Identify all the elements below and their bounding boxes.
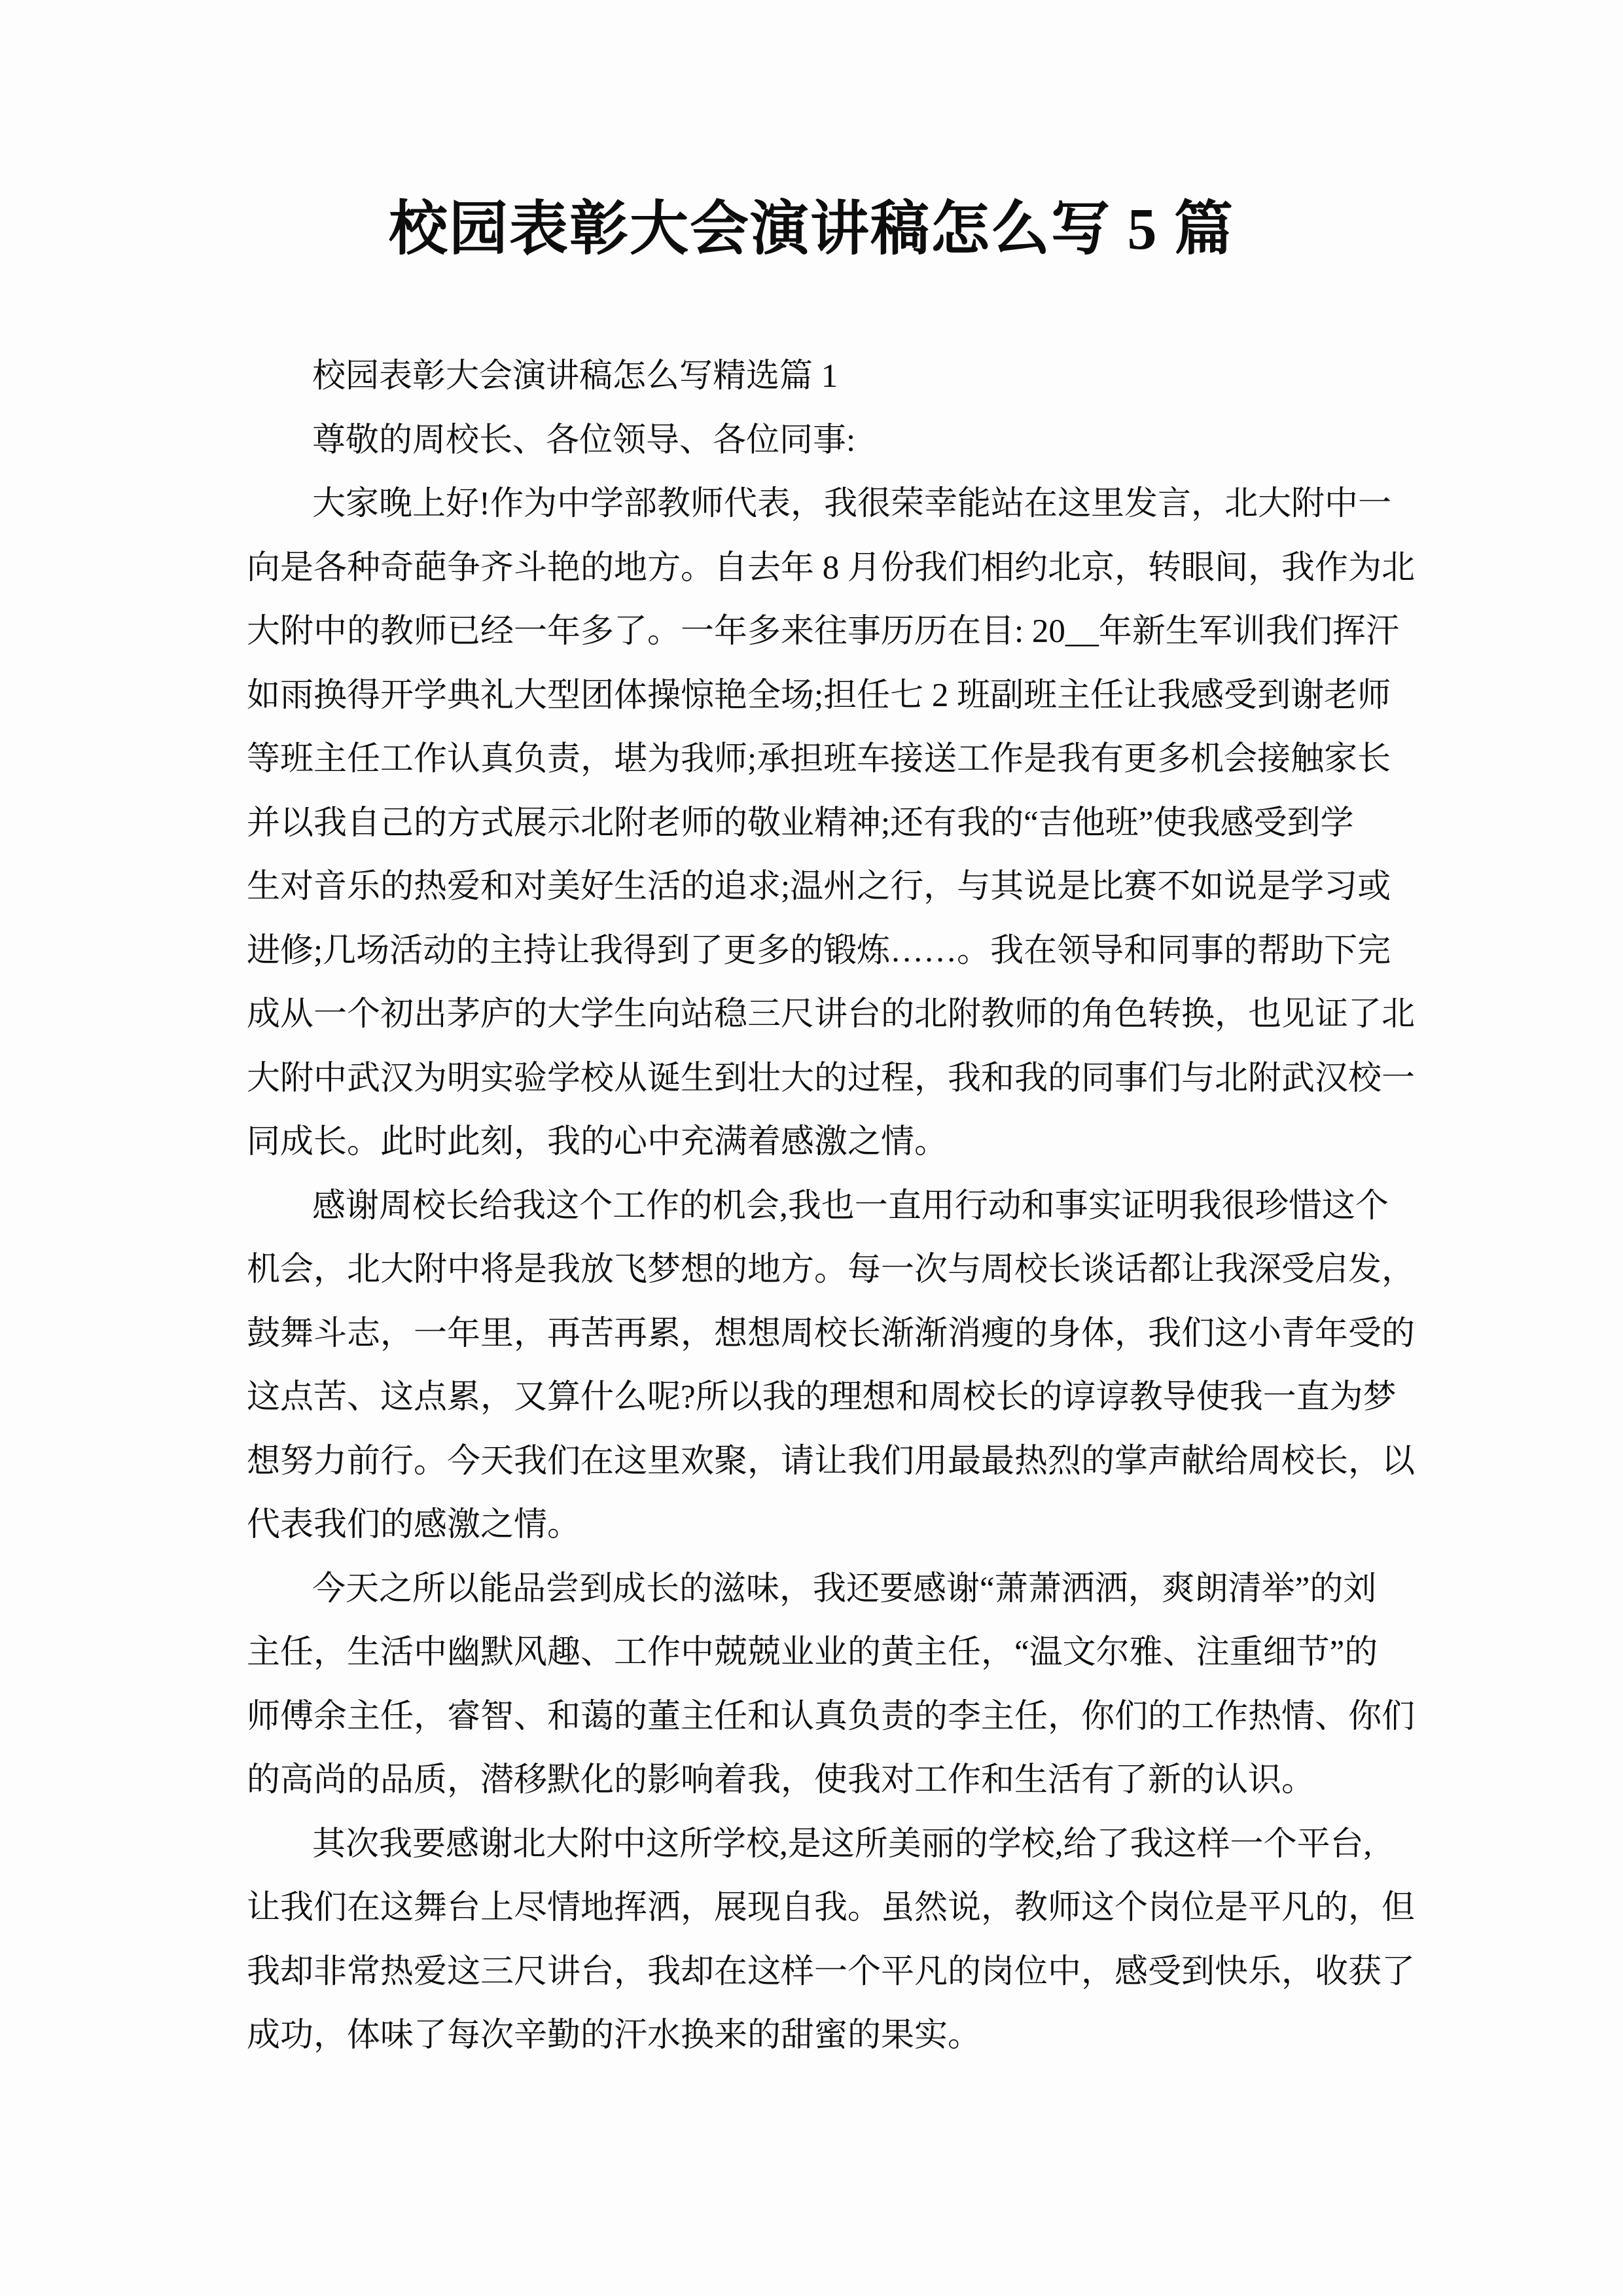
text-line: 校园表彰大会演讲稿怎么写精选篇 1	[247, 345, 1402, 409]
text-line: 代表我们的感激之情。	[247, 1494, 1402, 1558]
text-line: 这点苦、这点累，又算什么呢?所以我的理想和周校长的谆谆教导使我一直为梦	[247, 1366, 1402, 1430]
text-line: 同成长。此时此刻，我的心中充满着感激之情。	[247, 1111, 1402, 1175]
text-line: 师傅余主任，睿智、和蔼的董主任和认真负责的李主任，你们的工作热情、你们	[247, 1685, 1402, 1749]
text-line: 今天之所以能品尝到成长的滋味，我还要感谢“萧萧洒洒，爽朗清举”的刘	[247, 1558, 1402, 1622]
text-line: 大附中的教师已经一年多了。一年多来往事历历在目: 20__年新生军训我们挥汗	[247, 600, 1402, 664]
document-page: 校园表彰大会演讲稿怎么写 5 篇 校园表彰大会演讲稿怎么写精选篇 1尊敬的周校长…	[0, 0, 1623, 2296]
text-line: 机会，北大附中将是我放飞梦想的地方。每一次与周校长谈话都让我深受启发，	[247, 1238, 1402, 1302]
text-line: 如雨换得开学典礼大型团体操惊艳全场;担任七 2 班副班主任让我感受到谢老师	[247, 664, 1402, 728]
text-line: 进修;几场活动的主持让我得到了更多的锻炼……。我在领导和同事的帮助下完	[247, 920, 1402, 984]
text-line: 感谢周校长给我这个工作的机会,我也一直用行动和事实证明我很珍惜这个	[247, 1175, 1402, 1239]
text-line: 大附中武汉为明实验学校从诞生到壮大的过程，我和我的同事们与北附武汉校一	[247, 1047, 1402, 1111]
text-line: 成从一个初出茅庐的大学生向站稳三尺讲台的北附教师的角色转换，也见证了北	[247, 983, 1402, 1047]
document-body: 校园表彰大会演讲稿怎么写精选篇 1尊敬的周校长、各位领导、各位同事:大家晚上好!…	[247, 345, 1402, 2068]
text-line: 等班主任工作认真负责，堪为我师;承担班车接送工作是我有更多机会接触家长	[247, 728, 1402, 792]
document-title: 校园表彰大会演讲稿怎么写 5 篇	[0, 194, 1623, 266]
text-line: 让我们在这舞台上尽情地挥洒，展现自我。虽然说，教师这个岗位是平凡的，但	[247, 1876, 1402, 1941]
text-line: 并以我自己的方式展示北附老师的敬业精神;还有我的“吉他班”使我感受到学	[247, 792, 1402, 856]
text-line: 想努力前行。今天我们在这里欢聚，请让我们用最最热烈的掌声献给周校长，以	[247, 1430, 1402, 1494]
text-line: 主任，生活中幽默风趣、工作中兢兢业业的黄主任，“温文尔雅、注重细节”的	[247, 1621, 1402, 1685]
text-line: 成功，体味了每次辛勤的汗水换来的甜蜜的果实。	[247, 2004, 1402, 2068]
text-line: 尊敬的周校长、各位领导、各位同事:	[247, 409, 1402, 473]
text-line: 我却非常热爱这三尺讲台，我却在这样一个平凡的岗位中，感受到快乐，收获了	[247, 1941, 1402, 2005]
text-line: 的高尚的品质，潜移默化的影响着我，使我对工作和生活有了新的认识。	[247, 1749, 1402, 1813]
text-line: 生对音乐的热爱和对美好生活的追求;温州之行，与其说是比赛不如说是学习或	[247, 855, 1402, 920]
text-line: 大家晚上好!作为中学部教师代表，我很荣幸能站在这里发言，北大附中一	[247, 473, 1402, 537]
text-line: 鼓舞斗志，一年里，再苦再累，想想周校长渐渐消瘦的身体，我们这小青年受的	[247, 1302, 1402, 1367]
text-line: 其次我要感谢北大附中这所学校,是这所美丽的学校,给了我这样一个平台,	[247, 1813, 1402, 1877]
text-line: 向是各种奇葩争齐斗艳的地方。自去年 8 月份我们相约北京，转眼间，我作为北	[247, 537, 1402, 601]
